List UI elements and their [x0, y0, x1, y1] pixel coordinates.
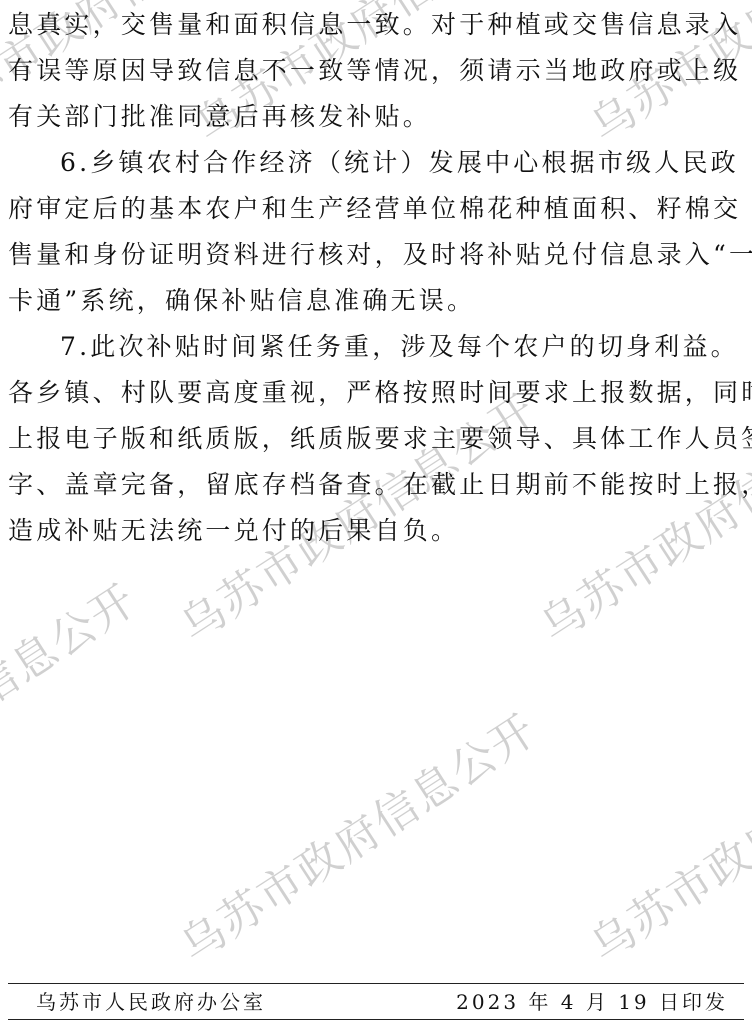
- text-line: 6.乡镇农村合作经济（统计）发展中心根据市级人民政: [8, 140, 744, 186]
- text-line: 各乡镇、村队要高度重视，严格按照时间要求上报数据，同时: [8, 370, 744, 416]
- footer-issuance: 乌苏市人民政府办公室 2023 年 4 月 19 日印发: [8, 986, 744, 1018]
- paragraph-continuation: 息真实，交售量和面积信息一致。对于种植或交售信息录入 有误等原因导致信息不一致等…: [8, 2, 744, 140]
- document-body: 息真实，交售量和面积信息一致。对于种植或交售信息录入 有误等原因导致信息不一致等…: [8, 2, 744, 554]
- paragraph-item-7: 7.此次补贴时间紧任务重，涉及每个农户的切身利益。 各乡镇、村队要高度重视，严格…: [8, 324, 744, 554]
- text-line: 有误等原因导致信息不一致等情况，须请示当地政府或上级: [8, 48, 744, 94]
- text-line: 7.此次补贴时间紧任务重，涉及每个农户的切身利益。: [8, 324, 744, 370]
- text-line: 卡通”系统，确保补贴信息准确无误。: [8, 278, 744, 324]
- text-line: 府审定后的基本农户和生产经营单位棉花种植面积、籽棉交: [8, 186, 744, 232]
- text-line: 息真实，交售量和面积信息一致。对于种植或交售信息录入: [8, 2, 744, 48]
- text-line: 造成补贴无法统一兑付的后果自负。: [8, 508, 744, 554]
- footer-bottom-rule: [8, 1019, 744, 1020]
- watermark: 乌苏市政府信息公开: [165, 695, 547, 974]
- paragraph-item-6: 6.乡镇农村合作经济（统计）发展中心根据市级人民政 府审定后的基本农户和生产经营…: [8, 140, 744, 324]
- issuing-office: 乌苏市人民政府办公室: [36, 986, 266, 1015]
- watermark: 乌苏市政府信息公开: [575, 695, 752, 974]
- text-line: 上报电子版和纸质版，纸质版要求主要领导、具体工作人员签: [8, 416, 744, 462]
- document-page: 乌苏市政府信息公开 乌苏市政府信息公开 乌苏市政府信息公开 乌苏市政府信息公开 …: [0, 0, 752, 1029]
- text-line: 有关部门批准同意后再核发补贴。: [8, 94, 744, 140]
- issue-date: 2023 年 4 月 19 日印发: [456, 986, 728, 1015]
- watermark: 乌苏市政府信息公开: [0, 565, 147, 844]
- text-line: 字、盖章完备，留底存档备查。在截止日期前不能按时上报，: [8, 462, 744, 508]
- footer-top-rule: [8, 983, 744, 984]
- text-line: 售量和身份证明资料进行核对，及时将补贴兑付信息录入“一: [8, 232, 744, 278]
